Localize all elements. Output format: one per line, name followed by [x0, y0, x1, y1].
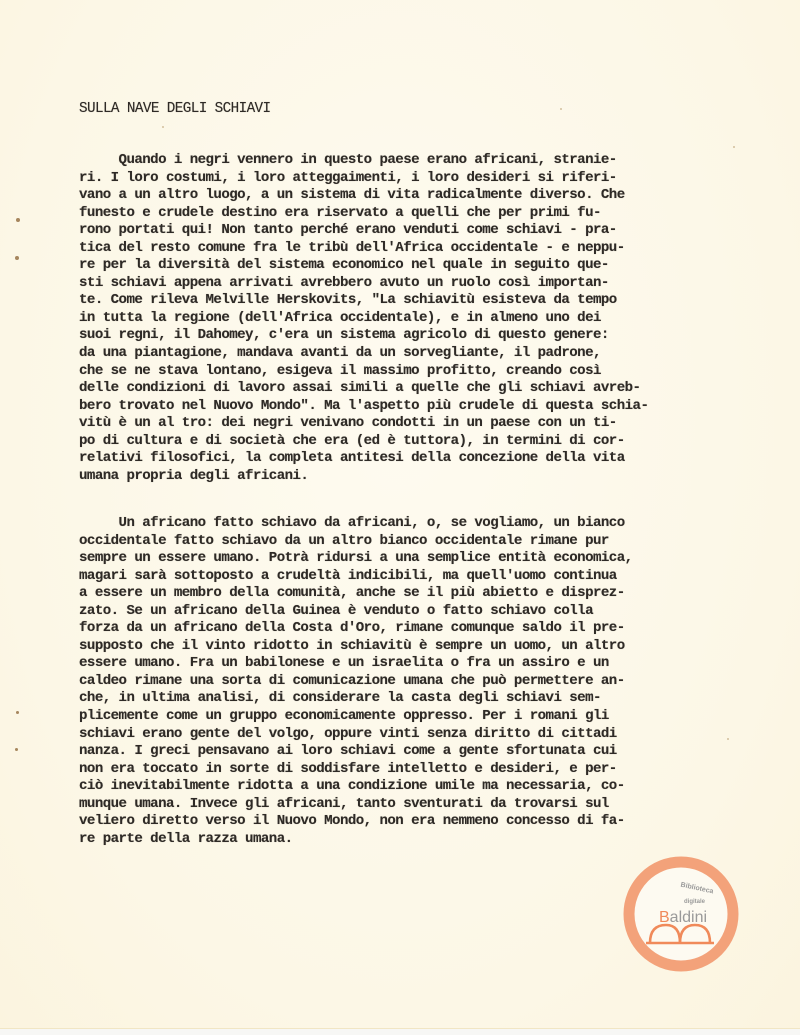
- text-line: sempre un essere umano. Potrà ridursi a …: [79, 550, 633, 568]
- text-line: caldeo rimane una sorta di comunicazione…: [79, 673, 633, 691]
- paper-speck: [727, 738, 729, 740]
- text-line: vano a un altro luogo, a un sistema di v…: [79, 187, 648, 205]
- text-line: po di cultura e di società che era (ed è…: [79, 433, 648, 451]
- stamp-brand-rest: aldini: [670, 909, 707, 926]
- text-line: in tutta la regione (dell'Africa occiden…: [79, 310, 648, 328]
- text-line: occidentale fatto schiavo da un altro bi…: [79, 533, 633, 551]
- text-line: umana propria degli africani.: [79, 468, 648, 486]
- binding-hole-mark: [16, 218, 20, 222]
- stamp-brand: Baldini: [659, 909, 707, 926]
- text-line: te. Come rileva Melville Herskovits, "La…: [79, 292, 648, 310]
- text-line: ri. I loro costumi, i loro atteggaimenti…: [79, 170, 648, 188]
- text-line: funesto e crudele destino era riservato …: [79, 205, 648, 223]
- text-line: bero trovato nel Nuovo Mondo". Ma l'aspe…: [79, 398, 648, 416]
- text-line: forza da un africano della Costa d'Oro, …: [79, 620, 633, 638]
- text-line: rono portati qui! Non tanto perché erano…: [79, 222, 648, 240]
- paragraph-1: Quando i negri vennero in questo paese e…: [79, 152, 648, 485]
- paper-speck: [560, 108, 562, 110]
- text-line: Un africano fatto schiavo da africani, o…: [79, 515, 633, 533]
- text-line: schiavi erano gente del volgo, oppure vi…: [79, 726, 633, 744]
- text-line: che se ne stava lontano, esigeva il mass…: [79, 363, 648, 381]
- text-line: da una piantagione, mandava avanti da un…: [79, 345, 648, 363]
- text-line: veliero diretto verso il Nuovo Mondo, no…: [79, 813, 633, 831]
- binding-hole-mark: [15, 256, 19, 260]
- text-line: che, in ultima analisi, di considerare l…: [79, 690, 633, 708]
- stamp-text-line2: digitale: [684, 899, 706, 905]
- text-line: zato. Se un africano della Guinea è vend…: [79, 603, 633, 621]
- text-line: vitù è un al tro: dei negri venivano con…: [79, 415, 648, 433]
- text-line: suoi regni, il Dahomey, c'era un sistema…: [79, 327, 648, 345]
- text-line: ciò inevitabilmente ridotta a una condiz…: [79, 778, 633, 796]
- binding-hole-mark: [16, 711, 19, 714]
- text-line: essere umano. Fra un babilonese e un isr…: [79, 655, 633, 673]
- text-line: relativi filosofici, la completa antites…: [79, 450, 648, 468]
- paper-speck: [162, 126, 164, 128]
- text-line: delle condizioni di lavoro assai simili …: [79, 380, 648, 398]
- text-line: non era toccato in sorte di soddisfare i…: [79, 761, 633, 779]
- paragraph-2: Un africano fatto schiavo da africani, o…: [79, 515, 633, 848]
- text-line: re per la diversità del sistema economic…: [79, 257, 648, 275]
- library-stamp-icon: Biblioteca digitale Baldini: [622, 855, 740, 973]
- text-line: re parte della razza umana.: [79, 831, 633, 849]
- text-line: tica del resto comune fra le tribù dell'…: [79, 240, 648, 258]
- text-line: supposto che il vinto ridotto in schiavi…: [79, 638, 633, 656]
- paper-speck: [733, 146, 735, 148]
- stamp-brand-initial: B: [659, 909, 670, 926]
- text-line: magari sarà sottoposto a crudeltà indici…: [79, 568, 633, 586]
- text-line: munque umana. Invece gli africani, tanto…: [79, 796, 633, 814]
- text-line: a essere un membro della comunità, anche…: [79, 585, 633, 603]
- binding-hole-mark: [15, 748, 18, 751]
- scan-bottom-edge: [0, 1028, 800, 1035]
- text-line: nanza. I greci pensavano ai loro schiavi…: [79, 743, 633, 761]
- text-line: Quando i negri vennero in questo paese e…: [79, 152, 648, 170]
- text-line: plicemente come un gruppo economicamente…: [79, 708, 633, 726]
- document-title: SULLA NAVE DEGLI SCHIAVI: [79, 101, 271, 117]
- text-line: sti schiavi appena arrivati avrebbero av…: [79, 275, 648, 293]
- scanned-page: SULLA NAVE DEGLI SCHIAVI Quando i negri …: [0, 0, 800, 1028]
